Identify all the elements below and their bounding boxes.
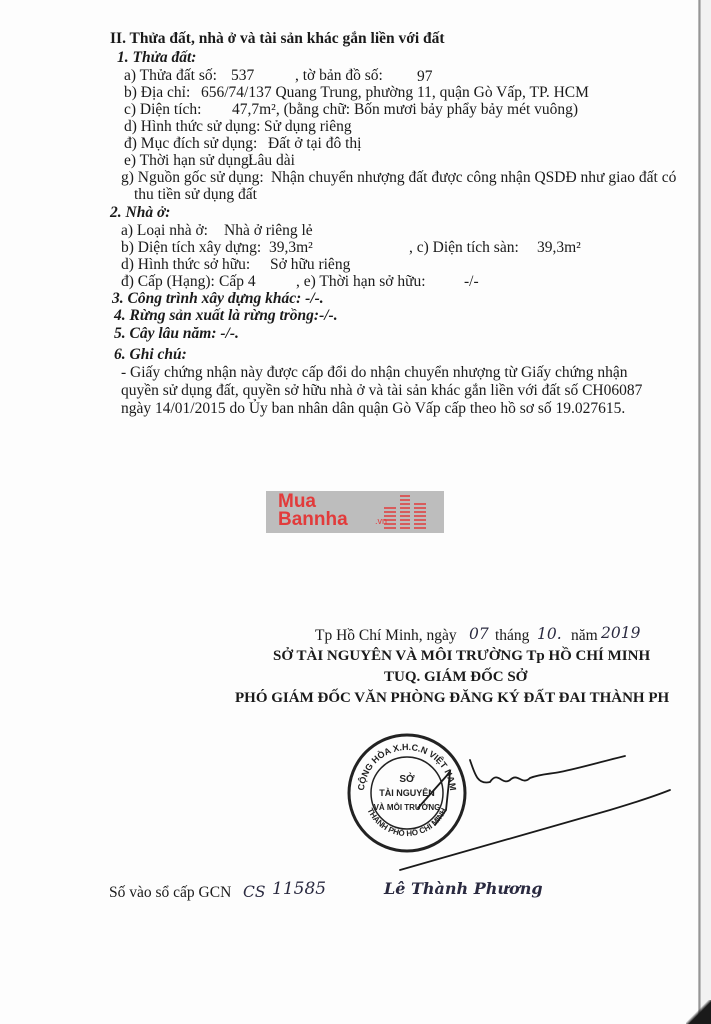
year-label: năm bbox=[571, 627, 598, 645]
watermark-text: Mua Bannha bbox=[278, 493, 348, 529]
floor-area-label: , c) Diện tích sàn: bbox=[409, 239, 519, 257]
map-sheet-label: , tờ bản đồ số: bbox=[295, 67, 383, 85]
area-label: c) Diện tích: bbox=[124, 101, 201, 119]
section-title: II. Thửa đất, nhà ở và tài sản khác gắn … bbox=[110, 30, 445, 48]
notes-line2: quyền sử dụng đất, quyền sở hữu nhà ở và… bbox=[121, 382, 642, 400]
date-year: 2019 bbox=[601, 624, 640, 642]
origin-label: g) Nguồn gốc sử dụng: bbox=[121, 169, 264, 187]
address-label: b) Địa chỉ: bbox=[124, 84, 190, 102]
notes-line1: - Giấy chứng nhận này được cấp đổi do nh… bbox=[121, 364, 627, 382]
grade-value: Cấp 4 bbox=[219, 273, 256, 291]
ownership-label: d) Hình thức sở hữu: bbox=[121, 256, 250, 274]
ownership-value: Sở hữu riêng bbox=[270, 256, 350, 274]
own-term-value: -/- bbox=[464, 273, 479, 291]
house-type-value: Nhà ở riêng lẻ bbox=[224, 222, 313, 240]
built-area-value: 39,3m² bbox=[269, 239, 313, 257]
deputy-title: PHÓ GIÁM ĐỐC VĂN PHÒNG ĐĂNG KÝ ĐẤT ĐAI T… bbox=[235, 689, 669, 707]
other-works: 3. Công trình xây dựng khác: -/-. bbox=[112, 290, 324, 308]
use-form-value: Sử dụng riêng bbox=[264, 118, 352, 136]
adjacent-page bbox=[701, 0, 711, 1024]
register-number: 11585 bbox=[272, 880, 326, 898]
watermark-line2: Bannha bbox=[278, 511, 348, 529]
page-edge bbox=[698, 0, 701, 1024]
area-value: 47,7m², (bằng chữ: Bốn mươi bảy phẩy bảy… bbox=[232, 101, 578, 119]
term-label: e) Thời hạn sử dụng: bbox=[124, 152, 253, 170]
parcel-number: 537 bbox=[231, 67, 254, 85]
origin-value-line2: thu tiền sử dụng đất bbox=[134, 186, 257, 204]
notes-heading: 6. Ghi chú: bbox=[114, 346, 187, 364]
parcel-label: a) Thửa đất số: bbox=[124, 67, 217, 85]
watermark-logo: Mua Bannha .vn bbox=[266, 491, 444, 533]
perennial-trees: 5. Cây lâu năm: -/-. bbox=[114, 325, 239, 343]
origin-value-line1: Nhận chuyển nhượng đất được công nhận QS… bbox=[271, 169, 676, 187]
grade-label: đ) Cấp (Hạng): bbox=[121, 273, 215, 291]
purpose-label: đ) Mục đích sử dụng: bbox=[124, 135, 257, 153]
address-value: 656/74/137 Quang Trung, phường 11, quận … bbox=[201, 84, 589, 102]
place-date-prefix: Tp Hồ Chí Minh, ngày bbox=[315, 627, 457, 645]
month-label: tháng bbox=[495, 627, 529, 645]
tuq-title: TUQ. GIÁM ĐỐC SỞ bbox=[384, 668, 527, 686]
term-value: Lâu dài bbox=[248, 152, 295, 170]
register-prefix: CS bbox=[243, 883, 265, 901]
own-term-label: , e) Thời hạn sở hữu: bbox=[296, 273, 426, 291]
handwritten-signature bbox=[380, 730, 680, 880]
forest: 4. Rừng sản xuất là rừng trồng:-/-. bbox=[114, 307, 338, 325]
date-day: 07 bbox=[469, 625, 489, 643]
house-type-label: a) Loại nhà ở: bbox=[121, 222, 208, 240]
floor-area-value: 39,3m² bbox=[537, 239, 581, 257]
use-form-label: d) Hình thức sử dụng: bbox=[124, 118, 261, 136]
building-icon bbox=[382, 494, 430, 530]
page-corner-shadow bbox=[686, 1000, 711, 1024]
purpose-value: Đất ở tại đô thị bbox=[268, 135, 361, 153]
land-heading: 1. Thửa đất: bbox=[117, 49, 196, 67]
date-month: 10. bbox=[537, 625, 562, 643]
built-area-label: b) Diện tích xây dựng: bbox=[121, 239, 261, 257]
agency-name: SỞ TÀI NGUYÊN VÀ MÔI TRƯỜNG Tp HỒ CHÍ MI… bbox=[273, 647, 650, 665]
register-label: Số vào sổ cấp GCN bbox=[109, 884, 231, 902]
house-heading: 2. Nhà ở: bbox=[110, 204, 170, 222]
notes-line3: ngày 14/01/2015 do Ủy ban nhân dân quận … bbox=[121, 400, 625, 418]
signer-name: Lê Thành Phương bbox=[384, 880, 543, 898]
